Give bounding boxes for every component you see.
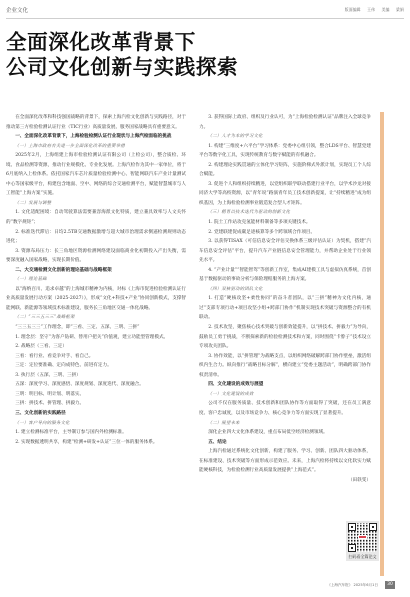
subsection-heading: （三）精育以技术迭代为驱动的创新文化 — [199, 208, 371, 218]
credit-art-editor-name: 梁娟 — [396, 7, 404, 12]
paragraph: 1. 文化适配困境：自动驾驶算法需要兼容海派文化特质，建立兼具效率与人文关怀的“… — [6, 208, 186, 227]
credit-layout-editor-name: 王伟 — [367, 7, 375, 12]
page-number: 30 — [385, 581, 395, 589]
paragraph: 2. 构建理论实践贯通的立体化学习矩阵，实施阶梯式外派计划，实现员工个人综合赋能… — [199, 161, 371, 180]
qr-code-box[interactable]: 扫码看全篇论文 — [346, 521, 379, 561]
right-column: 3. 获得国际上政府、组织及行业认可，为“上海检验检测认证”品牌注入全球竞争力。… — [199, 113, 371, 485]
section-heading: 一、全面深化改革背景下，上海检验检测认证行业现状与上海汽检面临的挑战 — [6, 132, 186, 142]
paragraph: 1. 构建“三维度+六平台”学习体系：党委中心组引领，整合LDS平台、智慧党建平… — [199, 142, 371, 161]
article-title: 全面深化改革背景下 公司文化创新与实践探索 — [6, 30, 238, 80]
section-heading: 三、文化创新的实践路径 — [6, 409, 186, 419]
paragraph: 公司不仅在服务质量、技术创新和团队协作等方面取得了突破，还在员工满意度、客户忠诚… — [199, 399, 371, 418]
section-heading: 二、大交通检测文化创新的理论基础与战略框架 — [6, 266, 186, 276]
paragraph: 1. 建立检测标准平台，主导制订参与国内外检测标准。 — [6, 428, 186, 438]
subsection-heading: （一）上海市政府有关进一步全面深化改革的重要举措 — [6, 142, 186, 152]
credit-label-art-editor: 美编 — [382, 7, 390, 12]
left-column: 在全面深化改革和科技强国战略的背景下，探索上海汽检文化创新与实践路径，对于推动第… — [6, 113, 186, 447]
paragraph: 三看：看行业、看竞争对手、看自己。 — [6, 352, 186, 362]
section-heading: 四、文化建设的成效与展望 — [199, 380, 371, 390]
paragraph: 3. 协作效能，以“拼管理”为战略支点，以组织网络破解跨部门协作壁垒，激活组织内… — [199, 352, 371, 381]
qr-logo-icon — [358, 535, 367, 539]
credit-label-layout-editor: 版面编辑 — [345, 7, 361, 12]
paragraph: 3. 执行层（五深、三明、三拼） — [6, 371, 186, 381]
paragraph: 3. 促进个人和组织持续精进，以党组织联学联动搭建行业平台，以学术沙龙对接同济大… — [199, 180, 371, 209]
paragraph: 4. “产业计量”“智能智驾”等创新工作室，集成AI建模工具与虚拟仿真系统，首创… — [199, 266, 371, 285]
author-signature: （田轶雯） — [199, 476, 371, 486]
editor-credits: 版面编辑 王伟 美编 梁娟 — [340, 7, 404, 13]
paragraph: “三三五三三”工作理念，即“三看、三定、五深、三明、三拼” — [6, 323, 186, 333]
subsection-heading: （一）客户导向的服务文化 — [6, 419, 186, 429]
title-line-2: 公司文化创新与实践探索 — [6, 55, 238, 80]
subsection-heading: （四）双核驱动的团队文化 — [199, 285, 371, 295]
qr-caption: 扫码看全篇论文 — [348, 554, 377, 560]
paragraph: 3. 获得国际上政府、组织及行业认可，为“上海检验检测认证”品牌注入全球竞争力。 — [199, 113, 371, 132]
paragraph: 3. 以获得TISAX（可信信息安全评估交换体系三级评估认证）为契机，搭建“汽车… — [199, 237, 371, 266]
subsection-heading: （二）“三三五三三”战略框架 — [6, 313, 186, 323]
section-name: 企业文化 — [6, 6, 28, 14]
paragraph: 2. 实现数据透明共享，构建“检测+研发+认证”三位一体的服务体系。 — [6, 438, 186, 448]
paragraph: 深化企业四大文化体系建设，重点布局低空经济检测领域。 — [199, 428, 371, 438]
publication-info: 《上海汽车报》 2025年6月1日 — [327, 583, 378, 588]
subsection-heading: （二）发展与调整 — [6, 199, 186, 209]
paragraph: 2. 标准迭代滞后：日均2.5TB交通数据激增与超大城市治理需求倒逼检测规则动态… — [6, 228, 186, 247]
paragraph: 2. 战略层（三看、三定） — [6, 342, 186, 352]
title-line-1: 全面深化改革背景下 — [6, 30, 238, 55]
paragraph: 1. 院士工作站攻克氢能材料制备等多项关键技术。 — [199, 218, 371, 228]
accent-bar — [380, 112, 384, 576]
paragraph: 1. 理念层：坚守“为客户钻研、替用户把关”价值观，建立功能型管理模式。 — [6, 333, 186, 343]
subsection-heading: （一）理论基础 — [6, 275, 186, 285]
paragraph: 五深：深度学习、深度感悟、深度规划、深度迭代、深度融合。 — [6, 380, 186, 390]
section-heading: 五、结论 — [199, 438, 371, 448]
paragraph: 三明：明目标、明计划、明落实。 — [6, 390, 186, 400]
paragraph: 三拼：拼技术、拼管理、拼毅力。 — [6, 399, 186, 409]
paragraph: 2025年2月，上海组建上海市检验检测认证有限公司（上检公司），整合质检、环境、… — [6, 151, 186, 199]
subsection-heading: （二）展望未来 — [199, 419, 371, 429]
paragraph: 以“海纳百川、追求卓越”的上海城市精神为内核，对标《上海市促进检验检测认证行业高… — [6, 285, 186, 314]
paragraph: 在全面深化改革和科技强国战略的背景下，探索上海汽检文化创新与实践路径，对于推动第… — [6, 113, 186, 132]
paragraph: 1. 打造“硬核攻坚+柔性协同”的奋斗者团队，以“三拼”精神为文化内核，通过“支… — [199, 294, 371, 323]
paragraph: 上海汽检通过系统化文化创新，构建了服务、学习、创新、团队四大驱动体系，在标准建设… — [199, 447, 371, 476]
subsection-heading: （二）人才为本的学习文化 — [199, 132, 371, 142]
qr-code-icon[interactable] — [348, 523, 377, 552]
paragraph: 2. 技术攻坚，聚焦核心技术突破与创新效能提升，以“拼技术、拼毅力”为导向，鼓励… — [199, 323, 371, 352]
page-header: 企业文化 版面编辑 王伟 美编 梁娟 — [6, 6, 404, 19]
paragraph: 3. 资源布局压力：长三角地区资源检测网络建设面临商业化初期投入产出失衡，需要深… — [6, 247, 186, 266]
paragraph: 三定：定位要准确、定向成特色、前进有定力。 — [6, 361, 186, 371]
subsection-heading: （一）文化建设的成效 — [199, 390, 371, 400]
paragraph: 2. 党建联建促成碳足迹核算等多个跨领域合作项目。 — [199, 228, 371, 238]
